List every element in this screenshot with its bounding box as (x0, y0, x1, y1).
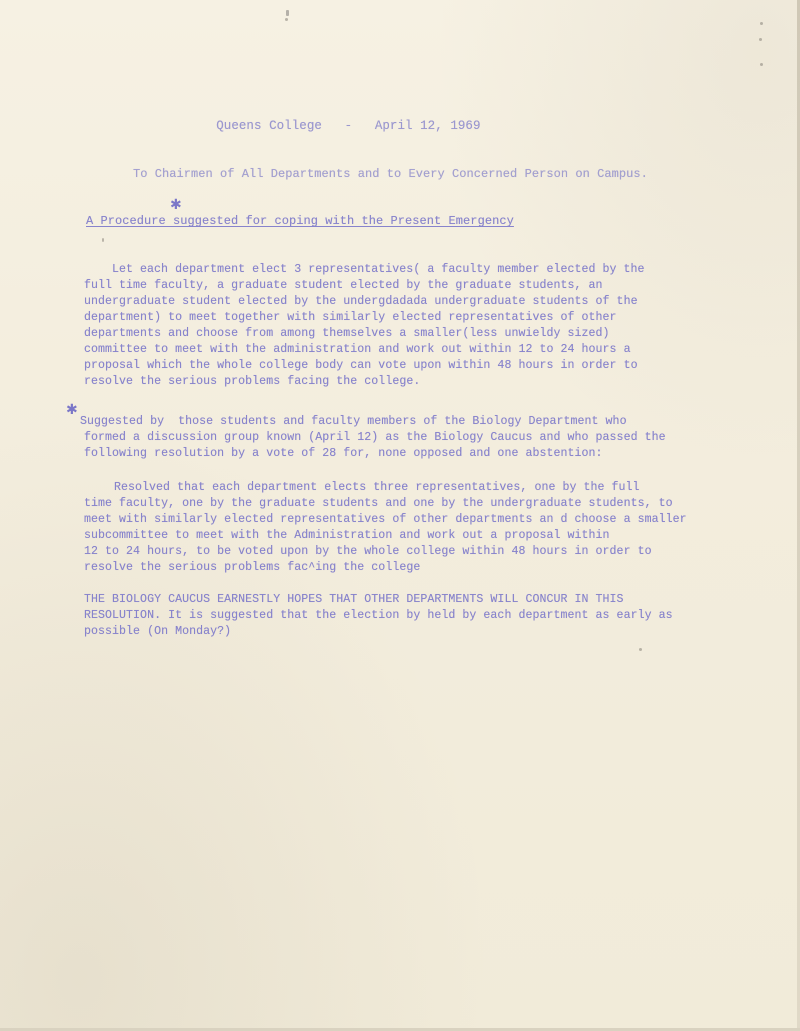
document-date: April 12, 1969 (375, 119, 481, 133)
text-line: time faculty, one by the graduate studen… (84, 496, 673, 512)
text-line: following resolution by a vote of 28 for… (84, 446, 603, 462)
document-title: A Procedure suggested for coping with th… (86, 213, 514, 229)
text-line: departments and choose from among themse… (84, 326, 610, 342)
asterisk-star-icon: ✱ (170, 197, 182, 213)
text-line: proposal which the whole college body ca… (84, 358, 638, 374)
punch-mark-icon (760, 22, 763, 25)
text-line: RESOLUTION. It is suggested that the ele… (84, 608, 673, 624)
text-line: meet with similarly elected representati… (84, 512, 687, 528)
text-line: Let each department elect 3 representati… (112, 262, 645, 278)
ink-speck-icon (639, 648, 642, 651)
text-line: resolve the serious problems facing the … (84, 374, 420, 390)
document-page: Queens College - April 12, 1969 To Chair… (0, 0, 800, 1031)
text-line: Suggested by those students and faculty … (80, 414, 627, 430)
punch-mark-icon (760, 63, 763, 66)
text-line: department) to meet together with simila… (84, 310, 617, 326)
header-separator: - (345, 119, 353, 133)
text-line: possible (On Monday?) (84, 624, 231, 640)
text-line: formed a discussion group known (April 1… (84, 430, 666, 446)
addressee-line: To Chairmen of All Departments and to Ev… (133, 166, 648, 182)
text-line: undergraduate student elected by the und… (84, 294, 638, 310)
text-line: 12 to 24 hours, to be voted upon by the … (84, 544, 652, 560)
document-header: Queens College - April 12, 1969 (186, 102, 481, 150)
text-line: subcommittee to meet with the Administra… (84, 528, 610, 544)
staple-mark-icon (286, 10, 289, 16)
institution-name: Queens College (216, 119, 322, 133)
punch-mark-icon (285, 18, 288, 21)
punch-mark-icon (759, 38, 762, 41)
text-line: THE BIOLOGY CAUCUS EARNESTLY HOPES THAT … (84, 592, 624, 608)
text-line: Resolved that each department elects thr… (114, 480, 640, 496)
text-line: resolve the serious problems fac^ing the… (84, 560, 420, 576)
asterisk-star-icon: ✱ (66, 402, 78, 418)
ink-speck-icon (102, 238, 104, 242)
text-line: full time faculty, a graduate student el… (84, 278, 603, 294)
text-line: committee to meet with the administratio… (84, 342, 631, 358)
